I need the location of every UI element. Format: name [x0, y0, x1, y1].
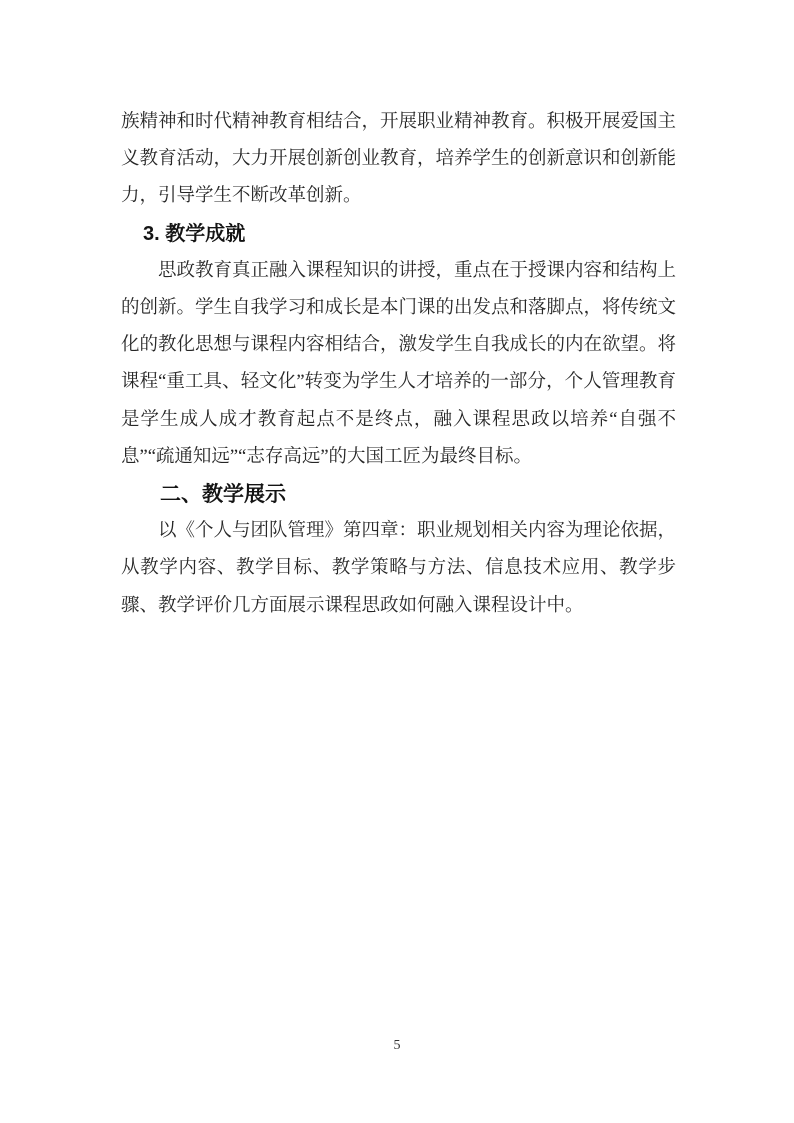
- document-text-block: 族精神和时代精神教育相结合，开展职业精神教育。积极开展爱国主义教育活动，大力开展…: [121, 104, 676, 625]
- page-number: 5: [0, 1038, 794, 1054]
- paragraph-continued: 族精神和时代精神教育相结合，开展职业精神教育。积极开展爱国主义教育活动，大力开展…: [121, 104, 676, 216]
- paragraph-teaching-display: 以《个人与团队管理》第四章：职业规划相关内容为理论依据，从教学内容、教学目标、教…: [121, 513, 676, 625]
- document-page: 族精神和时代精神教育相结合，开展职业精神教育。积极开展爱国主义教育活动，大力开展…: [0, 0, 794, 1123]
- heading-teaching-display: 二、教学展示: [121, 476, 676, 513]
- heading-teaching-achievement: 3. 教学成就: [121, 216, 676, 253]
- paragraph-teaching-achievement: 思政教育真正融入课程知识的讲授，重点在于授课内容和结构上的创新。学生自我学习和成…: [121, 253, 676, 476]
